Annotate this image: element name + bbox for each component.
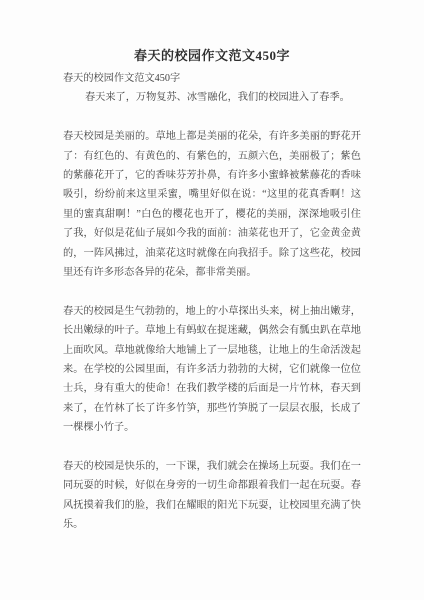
document-subtitle: 春天的校园作文范文450字: [63, 69, 361, 88]
paragraph: 春天来了，万物复苏、冰雪融化，我们的校园进入了春季。: [63, 88, 361, 107]
paragraph: 春天的校园是生气勃勃的，地上的'小草探出头来，树上抽出嫩芽，长出嫩绿的叶子。草地…: [63, 302, 361, 438]
document-title: 春天的校园作文范文450字: [63, 46, 361, 66]
document-page: 春天的校园作文范文450字 春天的校园作文范文450字 春天来了，万物复苏、冰雪…: [0, 0, 424, 600]
document-body: 春天来了，万物复苏、冰雪融化，我们的校园进入了春季。春天校园是美丽的。草地上都是…: [63, 88, 361, 534]
paragraph: 春天的校园是快乐的，一下课，我们就会在操场上玩耍。我们在一同玩耍的时候，好似在身…: [63, 457, 361, 535]
paragraph: 春天校园是美丽的。草地上都是美丽的花朵，有许多美丽的野花开了：有红色的、有黄色的…: [63, 127, 361, 282]
